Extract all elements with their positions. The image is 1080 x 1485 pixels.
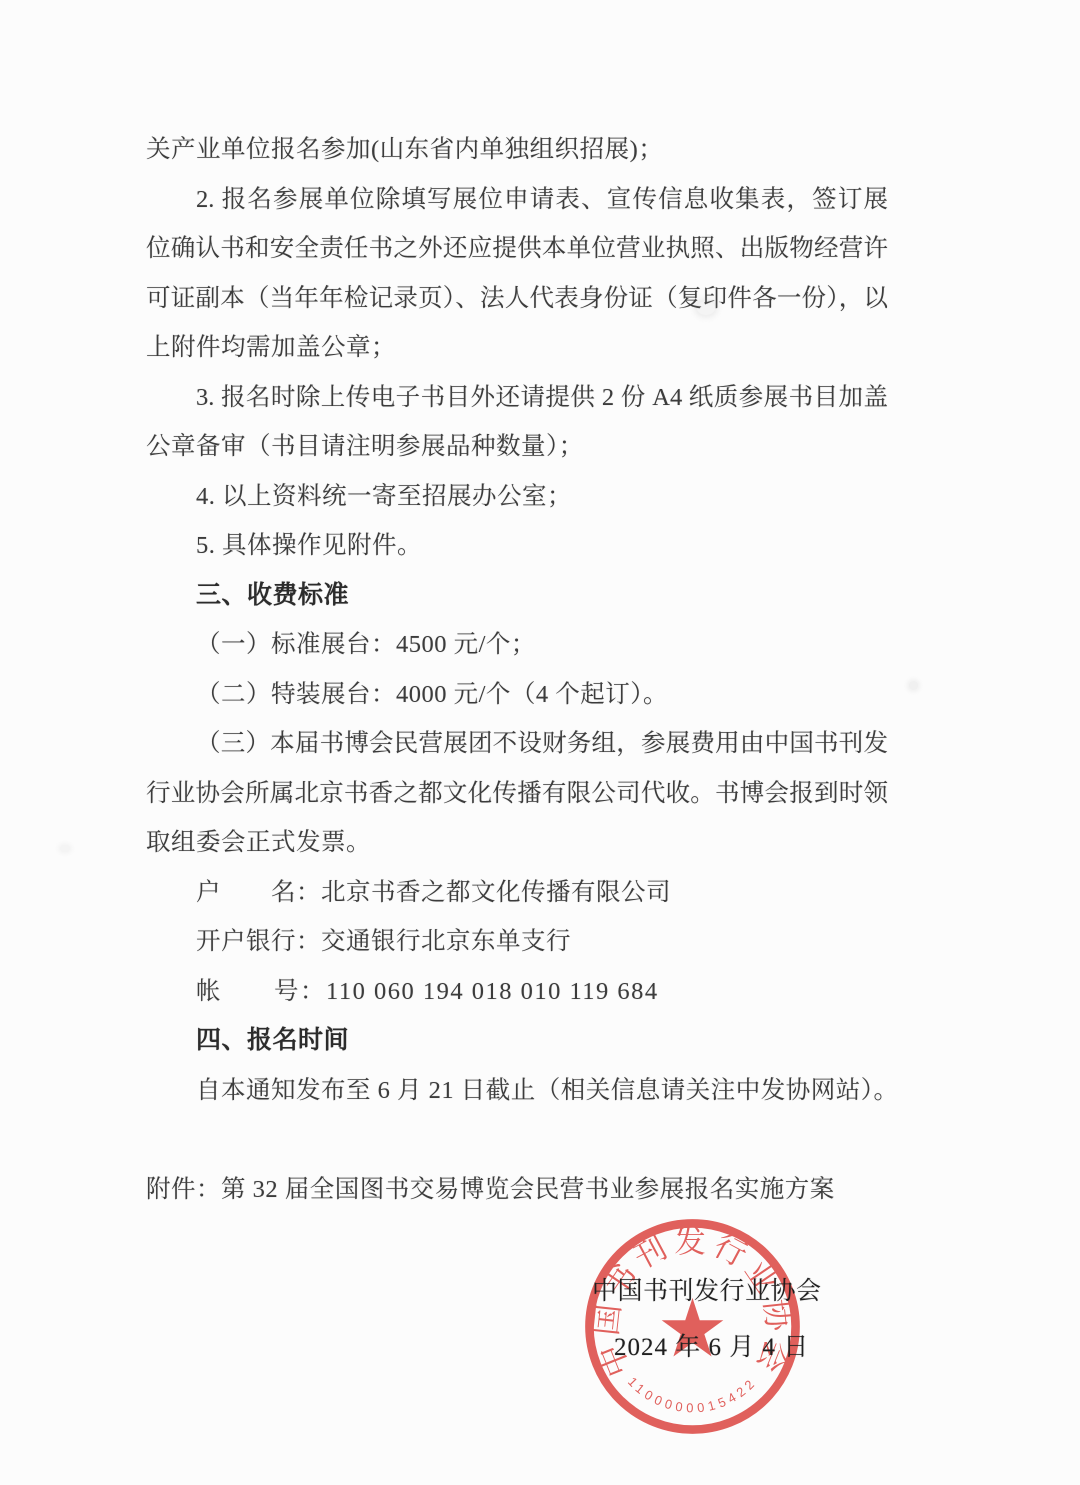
account-number-line: 帐 号：110 060 194 018 010 119 684 xyxy=(146,967,888,1017)
account-name-line: 户 名：北京书香之都文化传播有限公司 xyxy=(146,868,888,918)
document-line: （一）标准展台：4500 元/个； xyxy=(146,620,888,670)
attachment-line: 附件：第 32 届全国图书交易博览会民营书业参展报名实施方案 xyxy=(146,1165,888,1215)
scan-artifact xyxy=(60,845,70,852)
document-line: （二）特装展台：4000 元/个（4 个起订）。 xyxy=(146,670,888,720)
document-line: 2. 报名参展单位除填写展位申请表、宣传信息收集表，签订展 xyxy=(146,175,888,225)
section-heading-deadline: 四、报名时间 xyxy=(146,1016,888,1066)
document-line: 行业协会所属北京书香之都文化传播有限公司代收。书博会报到时领 xyxy=(146,769,888,819)
document-line: 可证副本（当年年检记录页）、法人代表身份证（复印件各一份），以 xyxy=(146,274,888,324)
document-line: （三）本届书博会民营展团不设财务组，参展费用由中国书刊发 xyxy=(146,719,888,769)
document-line: 关产业单位报名参加(山东省内单独组织招展)； xyxy=(146,125,888,175)
seal-serial-text: 1100000015422 xyxy=(625,1374,760,1415)
document-line: 3. 报名时除上传电子书目外还请提供 2 份 A4 纸质参展书目加盖 xyxy=(146,373,888,423)
document-line: 5. 具体操作见附件。 xyxy=(146,521,888,571)
section-heading-fees: 三、收费标准 xyxy=(146,571,888,621)
bank-name-line: 开户银行：交通银行北京东单支行 xyxy=(146,917,888,967)
document-line: 4. 以上资料统一寄至招展办公室； xyxy=(146,472,888,522)
signature-date: 2024 年 6 月 4 日 xyxy=(614,1330,809,1366)
document-body: 关产业单位报名参加(山东省内单独组织招展)； 2. 报名参展单位除填写展位申请表… xyxy=(146,125,888,1214)
document-line: 取组委会正式发票。 xyxy=(146,818,888,868)
signature-org: 中国书刊发行业协会 xyxy=(592,1274,822,1310)
official-seal: 中国书刊发行业协会 1100000015422 xyxy=(578,1212,807,1441)
scan-artifact xyxy=(697,301,715,315)
document-line: 位确认书和安全责任书之外还应提供本单位营业执照、出版物经营许 xyxy=(146,224,888,274)
scan-artifact xyxy=(909,681,918,690)
blank-line xyxy=(146,1115,888,1165)
document-line: 上附件均需加盖公章； xyxy=(146,323,888,373)
document-line: 自本通知发布至 6 月 21 日截止（相关信息请关注中发协网站）。 xyxy=(146,1066,888,1116)
document-line: 公章备审（书目请注明参展品种数量）； xyxy=(146,422,888,472)
scanned-document-page: 关产业单位报名参加(山东省内单独组织招展)； 2. 报名参展单位除填写展位申请表… xyxy=(0,0,1080,1485)
